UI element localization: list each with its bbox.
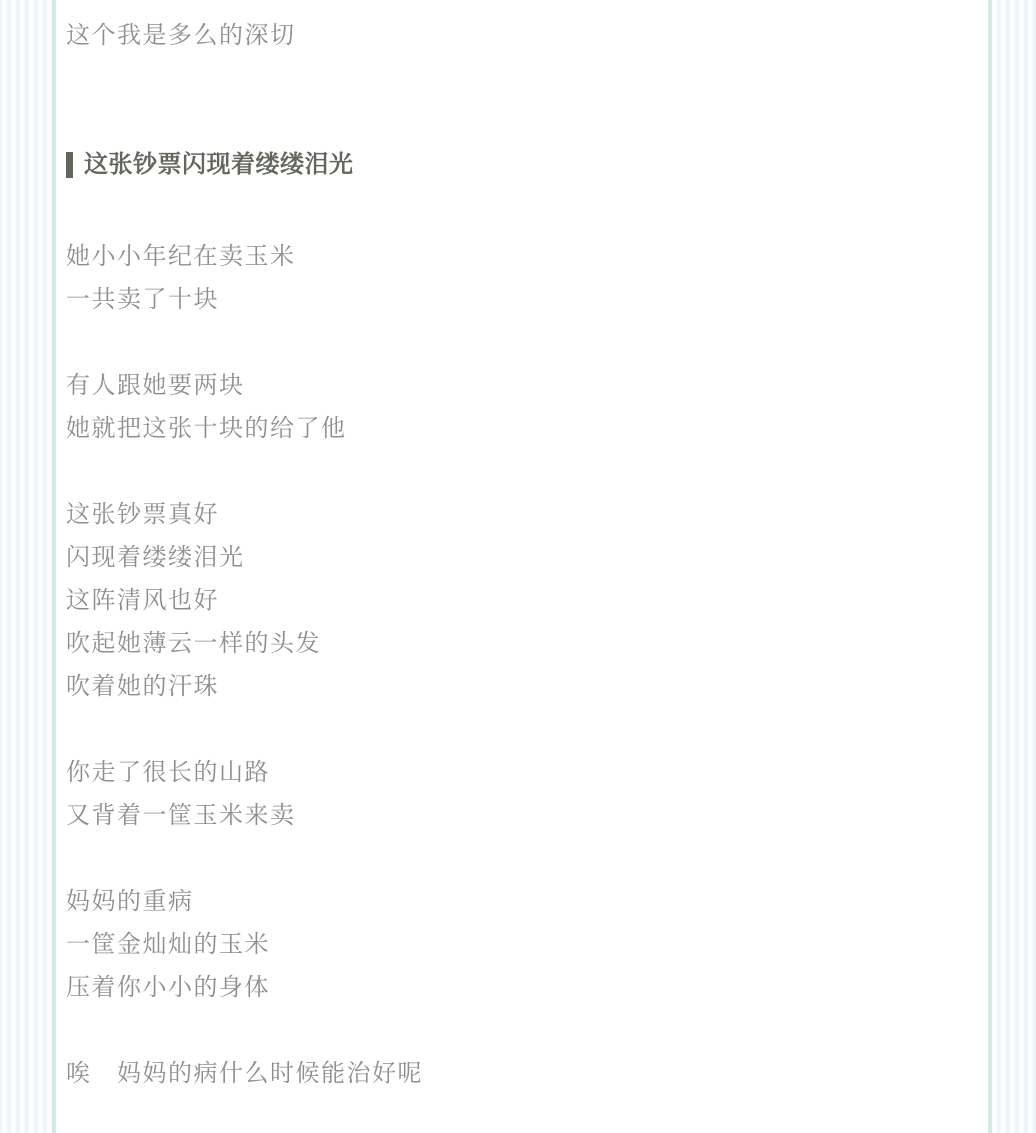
poem-line: 闪现着缕缕泪光 (66, 536, 988, 579)
page-background: 这个我是多么的深切 这张钞票闪现着缕缕泪光 她小小年纪在卖玉米 一共卖了十块 有… (0, 0, 1036, 1133)
stanza-4: 你走了很长的山路 又背着一筐玉米来卖 (66, 751, 988, 837)
poem-line: 吹起她薄云一样的头发 (66, 622, 988, 665)
poem-line: 有人跟她要两块 (66, 364, 988, 407)
poem-line: 又背着一筐玉米来卖 (66, 794, 988, 837)
stanza-3: 这张钞票真好 闪现着缕缕泪光 这阵清风也好 吹起她薄云一样的头发 吹着她的汗珠 (66, 493, 988, 708)
stanza-5: 妈妈的重病 一筐金灿灿的玉米 压着你小小的身体 (66, 880, 988, 1009)
poem-line: 一筐金灿灿的玉米 (66, 923, 988, 966)
poem-line: 压着你小小的身体 (66, 966, 988, 1009)
poem-line: 吹着她的汗珠 (66, 665, 988, 708)
stanza-6: 唉 妈妈的病什么时候能治好呢 (66, 1052, 988, 1095)
poem-line: 你走了很长的山路 (66, 751, 988, 794)
stanza-1: 她小小年纪在卖玉米 一共卖了十块 (66, 235, 988, 321)
poem-line: 妈妈的重病 (66, 880, 988, 923)
article-card: 这个我是多么的深切 这张钞票闪现着缕缕泪光 她小小年纪在卖玉米 一共卖了十块 有… (52, 0, 992, 1133)
poem-line: 她小小年纪在卖玉米 (66, 235, 988, 278)
poem-line: 她就把这张十块的给了他 (66, 407, 988, 450)
section-heading: 这张钞票闪现着缕缕泪光 (66, 143, 988, 186)
poem-line: 这阵清风也好 (66, 579, 988, 622)
intro-line: 这个我是多么的深切 (66, 14, 988, 57)
heading-marker-bar (66, 152, 73, 178)
section-heading-text: 这张钞票闪现着缕缕泪光 (84, 143, 354, 186)
poem-line: 这张钞票真好 (66, 493, 988, 536)
poem-line: 一共卖了十块 (66, 278, 988, 321)
stanza-2: 有人跟她要两块 她就把这张十块的给了他 (66, 364, 988, 450)
poem-line: 唉 妈妈的病什么时候能治好呢 (66, 1052, 988, 1095)
